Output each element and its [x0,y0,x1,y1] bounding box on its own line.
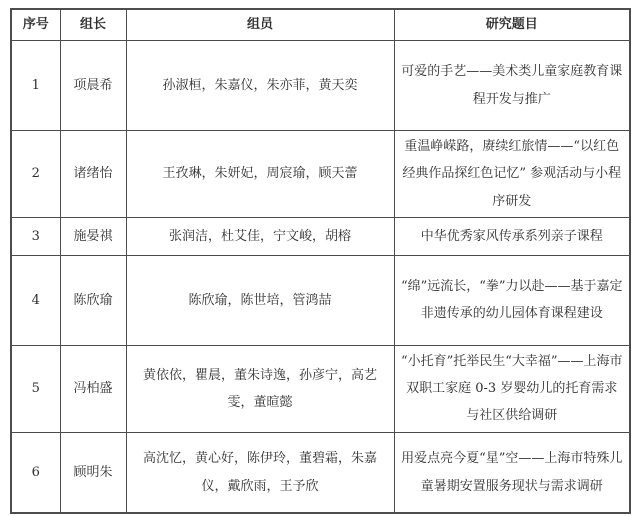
table-row: 5 冯柏盛 黄依依，瞿晨，董朱诗逸，孙彦宁，高艺雯，董暄懿 “小托育”托举民生“… [11,345,630,432]
members-cell: 陈欣瑜，陈世培，管鸿喆 [126,255,394,345]
row-number-cell: 4 [11,255,60,345]
table-row: 6 顾明朱 高沈忆，黄心好，陈伊玲，董碧霜，朱嘉仪，戴欣雨，王予欣 用爱点亮今夏… [11,432,630,513]
table-row: 3 施晏祺 张润洁，杜艾佳，宁文峻，胡榕 中华优秀家风传承系列亲子课程 [11,217,630,255]
leader-cell: 施晏祺 [60,217,126,255]
document-page: 序号 组长 组员 研究题目 1 项晨希 孙淑桓，朱嘉仪，朱亦菲，黄天奕 可爱的手… [0,0,639,516]
table-row: 4 陈欣瑜 陈欣瑜，陈世培，管鸿喆 “绵”远流长，“拳”力以赴——基于嘉定非遗传… [11,255,630,345]
header-cell-no: 序号 [11,9,60,41]
header-cell-members: 组员 [126,9,394,41]
leader-cell: 诸绪怡 [60,131,126,218]
leader-cell: 顾明朱 [60,432,126,513]
members-cell: 王孜琳，朱妍妃，周宸瑜，顾天蕾 [126,131,394,218]
leader-cell: 冯柏盛 [60,345,126,432]
row-number-cell: 1 [11,41,60,131]
members-cell: 张润洁，杜艾佳，宁文峻，胡榕 [126,217,394,255]
header-cell-topic: 研究题目 [394,9,630,41]
members-cell: 孙淑桓，朱嘉仪，朱亦菲，黄天奕 [126,41,394,131]
table-row: 2 诸绪怡 王孜琳，朱妍妃，周宸瑜，顾天蕾 重温峥嵘路，赓续红旅情——“以红色经… [11,131,630,218]
header-row: 序号 组长 组员 研究题目 [11,9,630,41]
topic-cell: 用爱点亮今夏“星”空——上海市特殊儿童暑期安置服务现状与需求调研 [394,432,630,513]
topic-cell: 重温峥嵘路，赓续红旅情——“以红色经典作品探红色记忆” 参观活动与小程序研发 [394,131,630,218]
row-number-cell: 6 [11,432,60,513]
topic-cell: “绵”远流长，“拳”力以赴——基于嘉定非遗传承的幼儿园体育课程建设 [394,255,630,345]
row-number-cell: 5 [11,345,60,432]
topic-cell: 中华优秀家风传承系列亲子课程 [394,217,630,255]
row-number-cell: 2 [11,131,60,218]
members-cell: 高沈忆，黄心好，陈伊玲，董碧霜，朱嘉仪，戴欣雨，王予欣 [126,432,394,513]
header-cell-leader: 组长 [60,9,126,41]
table-row: 1 项晨希 孙淑桓，朱嘉仪，朱亦菲，黄天奕 可爱的手艺——美术类儿童家庭教育课程… [11,41,630,131]
leader-cell: 陈欣瑜 [60,255,126,345]
topic-cell: 可爱的手艺——美术类儿童家庭教育课程开发与推广 [394,41,630,131]
topic-cell: “小托育”托举民生“大幸福”——上海市双职工家庭 0-3 岁婴幼儿的托育需求与社… [394,345,630,432]
row-number-cell: 3 [11,217,60,255]
members-cell: 黄依依，瞿晨，董朱诗逸，孙彦宁，高艺雯，董暄懿 [126,345,394,432]
leader-cell: 项晨希 [60,41,126,131]
groups-table: 序号 组长 组员 研究题目 1 项晨希 孙淑桓，朱嘉仪，朱亦菲，黄天奕 可爱的手… [10,8,631,514]
